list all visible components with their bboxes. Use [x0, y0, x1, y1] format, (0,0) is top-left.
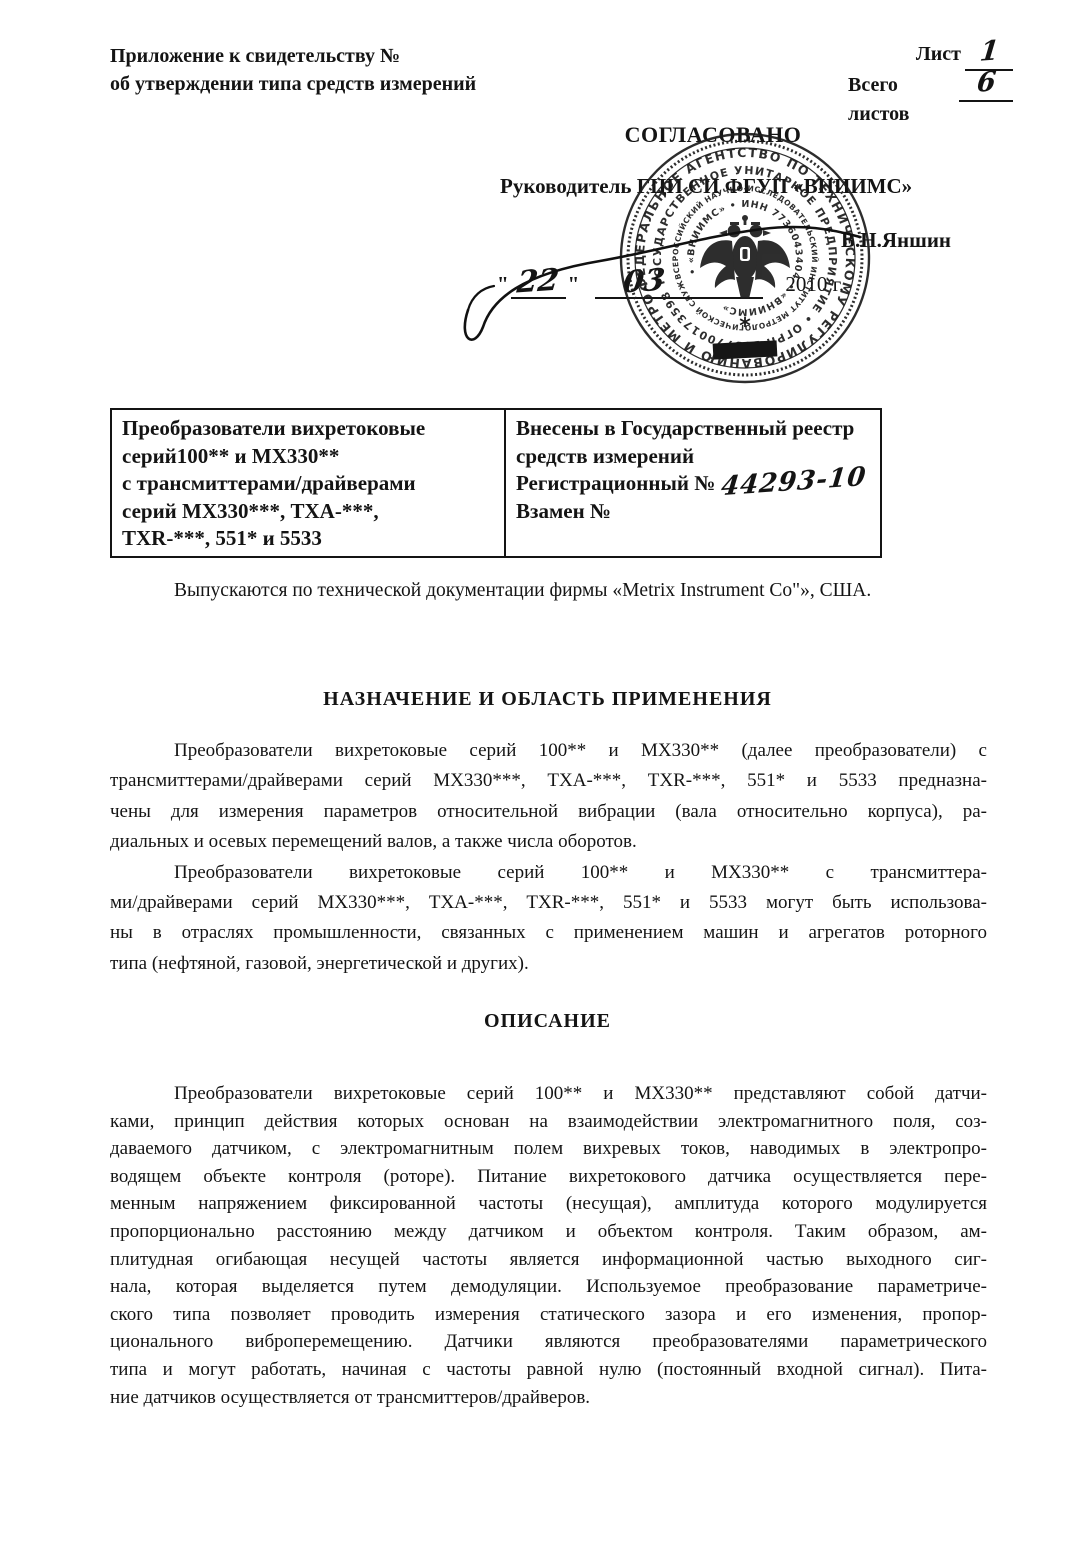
device-name-line: серий100** и МХ330** [122, 443, 494, 471]
device-name-line: ТХR-***, 551* и 5533 [122, 525, 494, 553]
header-right-block: Лист 1 Всего листов 6 [848, 40, 1013, 129]
registry-line-1: Внесены в Государственный реестр [516, 415, 870, 443]
registration-number-handwritten: 44293-10 [720, 468, 867, 496]
device-name-cell: Преобразователи вихретоковые серий100** … [112, 410, 506, 556]
text-line: ны в отраслях промышленности, связанных … [110, 918, 987, 948]
registry-table: Преобразователи вихретоковые серий100** … [110, 408, 882, 558]
text-line: водящем объекте контроля (роторе). Питан… [110, 1163, 987, 1191]
registration-number-label: Регистрационный № [516, 471, 715, 495]
text-line: трансмиттерами/драйверами серий МХ330***… [110, 766, 987, 796]
total-sheets-handwritten: 6 [976, 72, 997, 94]
quote-open: " [497, 272, 509, 297]
scanned-document-page: { "document": { "header": { "left_line1"… [0, 0, 1092, 1560]
stamp-ink-band [713, 340, 778, 359]
appendix-line-2: об утверждении типа средств измерений [110, 70, 476, 98]
section-heading-description: ОПИСАНИЕ [110, 1010, 985, 1033]
text-line: Преобразователи вихретоковые серий 100**… [110, 1080, 987, 1108]
total-sheets-blank: 6 [959, 71, 1013, 102]
issued-by-line: Выпускаются по технической документации … [110, 580, 990, 602]
text-line: даваемого датчиком, с электромагнитным п… [110, 1135, 987, 1163]
section-heading-purpose: НАЗНАЧЕНИЕ И ОБЛАСТЬ ПРИМЕНЕНИЯ [110, 688, 985, 711]
text-line: ционального виброперемещению. Датчики яв… [110, 1328, 987, 1356]
text-line: ние датчиков осуществляется от трансмитт… [110, 1384, 987, 1412]
sheet-number-handwritten: 1 [979, 41, 1000, 63]
text-line: менным напряжением фиксированной частоты… [110, 1190, 987, 1218]
text-line: Преобразователи вихретоковые серий 100**… [110, 858, 987, 888]
total-sheets-row: Всего листов 6 [848, 71, 1013, 129]
purpose-paragraphs: Преобразователи вихретоковые серий 100**… [110, 736, 987, 979]
device-name-line: серий МХ330***, ТХА-***, [122, 498, 494, 526]
date-day-handwritten: 22 [516, 271, 560, 292]
description-paragraph: Преобразователи вихретоковые серий 100**… [110, 1080, 987, 1411]
registration-number-line: Регистрационный № 44293-10 [516, 470, 870, 498]
stamp-star-glyph: * [739, 314, 751, 339]
date-day-blank: 22 [511, 272, 566, 299]
header-left-block: Приложение к свидетельству № об утвержде… [110, 42, 476, 98]
text-line: ми/драйверами серий МХ330***, ТХА-***, Т… [110, 888, 987, 918]
text-line: нала, которая выделяется путем демодуляц… [110, 1273, 987, 1301]
text-line: диальных и осевых перемещений валов, а т… [110, 827, 987, 857]
appendix-line-1: Приложение к свидетельству № [110, 42, 476, 70]
total-sheets-label: Всего листов [848, 71, 955, 129]
text-line: плитудная огибающая несущей частоты явля… [110, 1246, 987, 1274]
registry-info-cell: Внесены в Государственный реестр средств… [506, 410, 880, 556]
device-name-line: с трансмиттерами/драйверами [122, 470, 494, 498]
text-line: Преобразователи вихретоковые серий 100**… [110, 736, 987, 766]
double-headed-eagle-icon [700, 215, 790, 299]
text-line: типа и могут работать, начиная с частоты… [110, 1356, 987, 1384]
quote-close: " [568, 272, 580, 297]
device-name-line: Преобразователи вихретоковые [122, 415, 494, 443]
text-line: чены для измерения параметров относитель… [110, 797, 987, 827]
text-line: пропорционально расстоянию между датчико… [110, 1218, 987, 1246]
sheet-label: Лист [916, 40, 961, 69]
official-round-stamp: ФЕДЕРАЛЬНОЕ АГЕНТСТВО ПО ТЕХНИЧЕСКОМУ РЕ… [614, 127, 876, 389]
text-line: типа (нефтяной, газовой, энергетической … [110, 949, 987, 979]
text-line: ками, принцип действия которых основан н… [110, 1108, 987, 1136]
text-line: ского типа позволяет проводить измерения… [110, 1301, 987, 1329]
replaces-label: Взамен № [516, 498, 870, 526]
